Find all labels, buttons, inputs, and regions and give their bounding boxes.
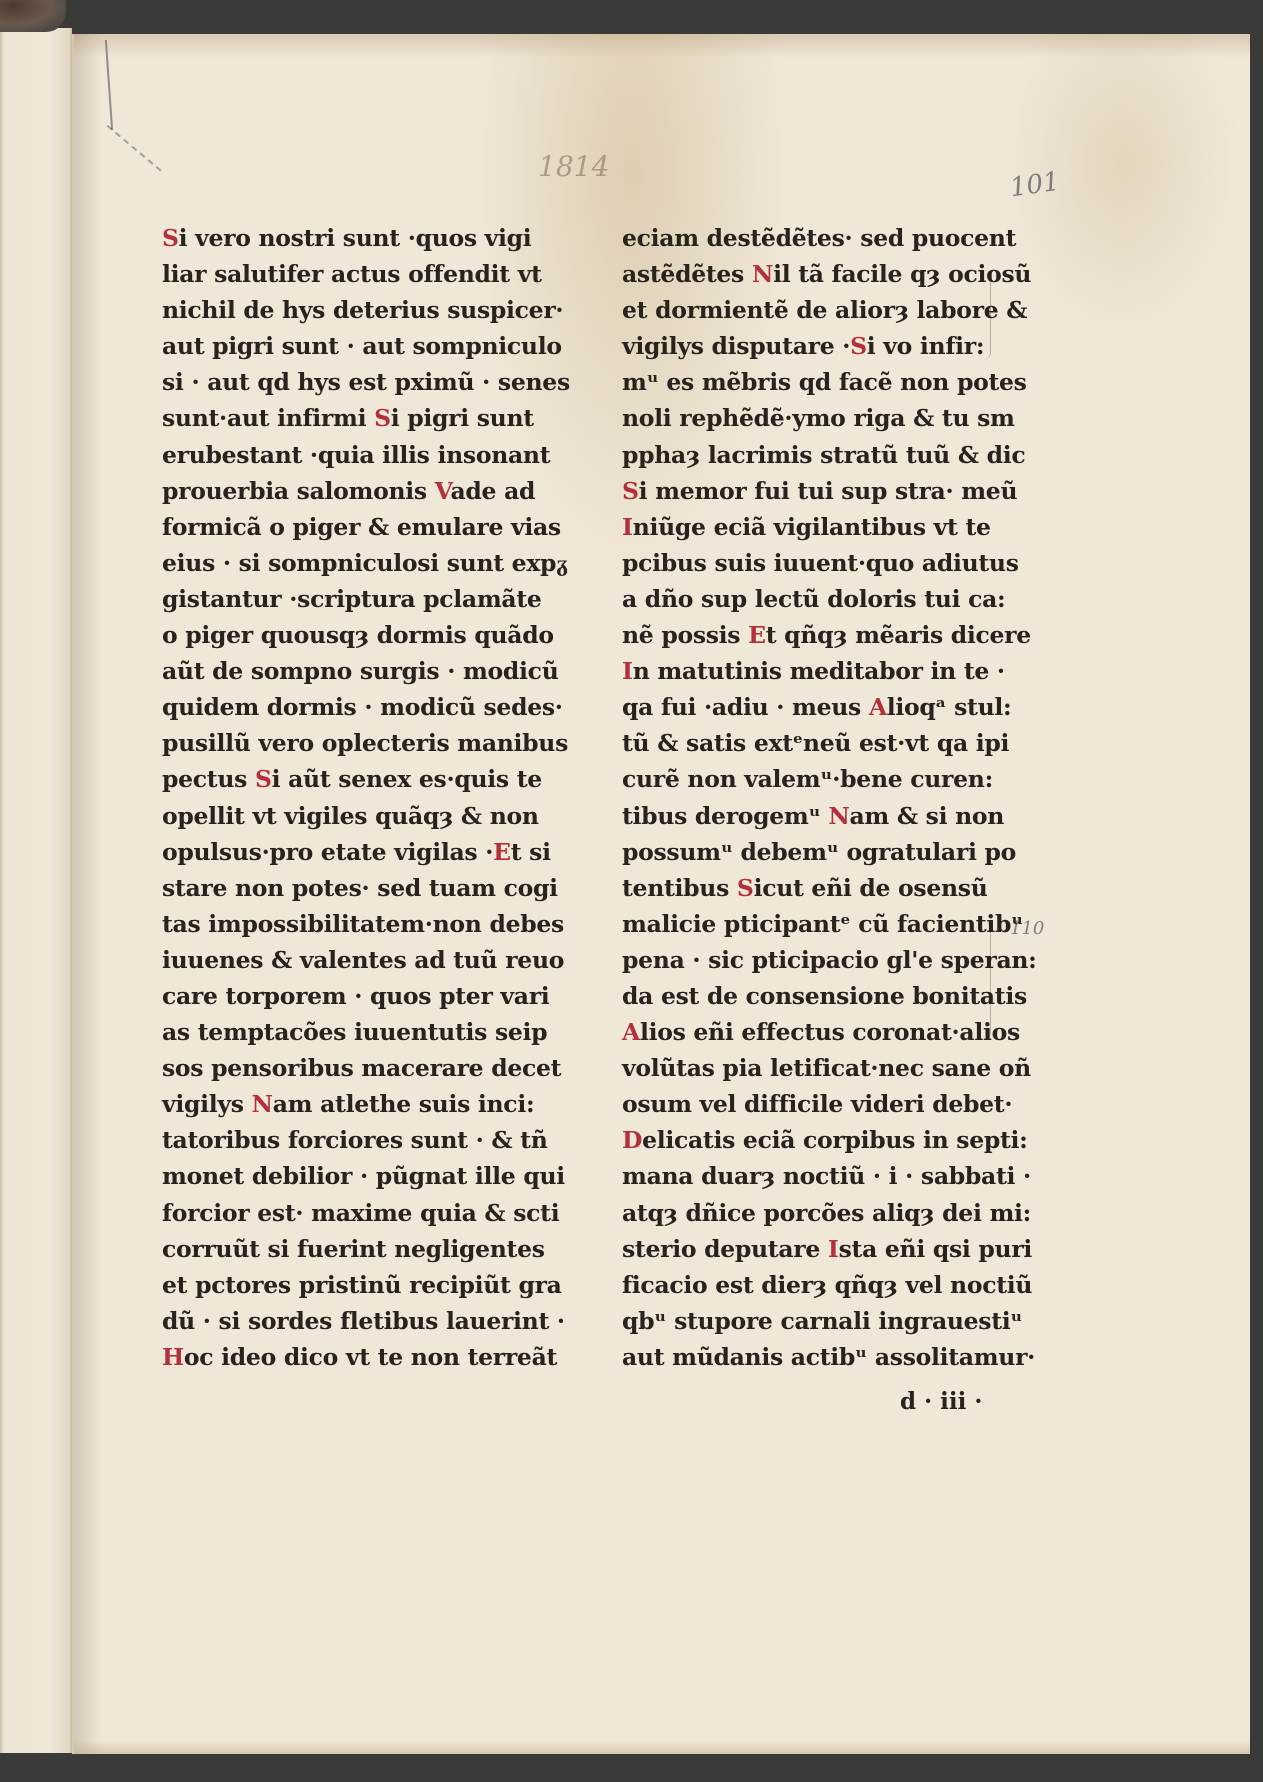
gutter-line	[72, 34, 74, 1754]
text-line: quidem dormis · modicũ sedes·	[162, 689, 532, 725]
text-line: tatoribus forciores sunt · & tñ	[162, 1122, 532, 1158]
rubricated-initial: N	[252, 1090, 273, 1118]
text-line: pcibus suis iuuent·quo adiutus	[622, 545, 1002, 581]
rubricated-initial: S	[255, 765, 272, 793]
text-line: ficacio est dierȝ qñqȝ vel noctiũ	[622, 1267, 1002, 1303]
text-line: aut pigri sunt · aut sompniculo	[162, 328, 532, 364]
text-line: mᵘ es mẽbris qd facẽ non potes	[622, 364, 1002, 400]
text-line: pusillũ vero oplecteris manibus	[162, 725, 532, 761]
text-line: pena · sic pticipacio gl'e speran:	[622, 942, 1002, 978]
signature-mark: d · iii ·	[900, 1388, 982, 1415]
rubricated-initial: E	[493, 838, 511, 866]
text-line: malicie pticipantᵉ cũ facientibᵘ	[622, 906, 1002, 942]
text-line: vigilys Nam atlethe suis inci:	[162, 1086, 532, 1122]
text-line: pphaȝ lacrimis stratũ tuũ & dic	[622, 437, 1002, 473]
text-line: possumᵘ debemᵘ ogratulari po	[622, 834, 1002, 870]
text-line: Iniũge eciã vigilantibus vt te	[622, 509, 1002, 545]
text-line: nichil de hys deterius suspicer·	[162, 292, 532, 328]
text-line: astẽdẽtes Nil tã facile qȝ ociosũ	[622, 256, 1002, 292]
rubricated-initial: H	[162, 1343, 184, 1371]
rubricated-initial: N	[752, 260, 773, 288]
rubricated-initial: I	[828, 1235, 839, 1263]
text-line: da est de consensione bonitatis	[622, 978, 1002, 1014]
text-line: et pctores pristinũ recipiũt gra	[162, 1267, 532, 1303]
left-page-edge	[0, 28, 72, 1753]
text-line: iuuenes & valentes ad tuũ reuo	[162, 942, 532, 978]
text-line: gistantur ·scriptura pclamãte	[162, 581, 532, 617]
text-line: Delicatis eciã corpibus in septi:	[622, 1122, 1002, 1158]
rubricated-initial: S	[850, 332, 867, 360]
pencil-annotation-top: 1814	[538, 150, 609, 183]
text-line: tibus derogemᵘ Nam & si non	[622, 798, 1002, 834]
text-line: Hoc ideo dico vt te non terreãt	[162, 1339, 532, 1375]
rubricated-initial: V	[435, 477, 451, 505]
text-line: nẽ possis Et qñqȝ mẽaris dicere	[622, 617, 1002, 653]
text-line: care torporem · quos pter vari	[162, 978, 532, 1014]
text-line: prouerbia salomonis Vade ad	[162, 473, 532, 509]
rubricated-initial: A	[869, 693, 887, 721]
text-line: noli rephẽdẽ·ymo riga & tu sm	[622, 400, 1002, 436]
text-line: tentibus Sicut eñi de osensũ	[622, 870, 1002, 906]
text-line: si · aut qd hys est pximũ · senes	[162, 364, 532, 400]
right-text-column: eciam destẽdẽtes· sed puocentastẽdẽtes N…	[622, 220, 1002, 1375]
text-line: formicã o piger & emulare vias	[162, 509, 532, 545]
text-line: stare non potes· sed tuam cogi	[162, 870, 532, 906]
text-line: pectus Si aũt senex es·quis te	[162, 761, 532, 797]
text-line: dũ · si sordes fletibus lauerint ·	[162, 1303, 532, 1339]
text-line: osum vel difficile videri debet·	[622, 1086, 1002, 1122]
text-line: In matutinis meditabor in te ·	[622, 653, 1002, 689]
rubricated-initial: D	[622, 1126, 642, 1154]
text-line: as temptacões iuuentutis seip	[162, 1014, 532, 1050]
text-line: qbᵘ stupore carnali ingrauestiᵘ	[622, 1303, 1002, 1339]
text-line: a dño sup lectũ doloris tui ca:	[622, 581, 1002, 617]
rubricated-initial: N	[828, 802, 849, 830]
rubricated-initial: S	[622, 477, 639, 505]
left-text-column: Si vero nostri sunt ·quos vigiliar salut…	[162, 220, 532, 1375]
rubricated-initial: S	[162, 224, 179, 252]
text-line: eciam destẽdẽtes· sed puocent	[622, 220, 1002, 256]
text-line: Alios eñi effectus coronat·alios	[622, 1014, 1002, 1050]
text-line: opellit vt vigiles quãqȝ & non	[162, 798, 532, 834]
rubricated-initial: I	[622, 513, 633, 541]
text-line: aut mũdanis actibᵘ assolitamur·	[622, 1339, 1002, 1375]
text-line: tas impossibilitatem·non debes	[162, 906, 532, 942]
text-line: curẽ non valemᵘ·bene curen:	[622, 761, 1002, 797]
text-line: o piger quousqȝ dormis quãdo	[162, 617, 532, 653]
text-line: et dormientẽ de aliorȝ labore &	[622, 292, 1002, 328]
text-line: Si vero nostri sunt ·quos vigi	[162, 220, 532, 256]
rubricated-initial: E	[748, 621, 766, 649]
text-line: sos pensoribus macerare decet	[162, 1050, 532, 1086]
text-line: vigilys disputare ·Si vo infir:	[622, 328, 1002, 364]
rubricated-initial: S	[737, 874, 754, 902]
text-line: aũt de sompno surgis · modicũ	[162, 653, 532, 689]
text-line: opulsus·pro etate vigilas ·Et si	[162, 834, 532, 870]
text-line: Si memor fui tui sup stra· meũ	[622, 473, 1002, 509]
text-line: sunt·aut infirmi Si pigri sunt	[162, 400, 532, 436]
text-line: corruũt si fuerint negligentes	[162, 1231, 532, 1267]
text-line: liar salutifer actus offendit vt	[162, 256, 532, 292]
rubricated-initial: I	[622, 657, 633, 685]
text-line: atqȝ dñice porcões aliqȝ dei mi:	[622, 1195, 1002, 1231]
text-line: sterio deputare Ista eñi qsi puri	[622, 1231, 1002, 1267]
text-line: erubestant ·quia illis insonant	[162, 437, 532, 473]
text-line: eius · si sompniculosi sunt expᵹ	[162, 545, 532, 581]
text-line: qa fui ·adiu · meus Alioqᵃ stul:	[622, 689, 1002, 725]
text-line: volũtas pia letificat·nec sane oñ	[622, 1050, 1002, 1086]
rubricated-initial: A	[622, 1018, 640, 1046]
binding-corner	[0, 0, 66, 32]
text-line: forcior est· maxime quia & scti	[162, 1195, 532, 1231]
text-line: tũ & satis extᵉneũ est·vt qa ipi	[622, 725, 1002, 761]
rubricated-initial: S	[374, 404, 391, 432]
text-line: mana duarȝ noctiũ · i · sabbati ·	[622, 1158, 1002, 1194]
text-line: monet debilior · pũgnat ille qui	[162, 1158, 532, 1194]
